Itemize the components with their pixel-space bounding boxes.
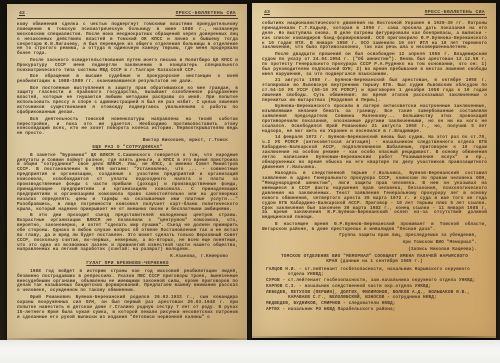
memorial-list: ГАЛЦОВ Н.И. - ст.лейтенант госбезопаснос…	[262, 268, 487, 313]
page-right-header: 43 ПРЕСС-БЮЛЛЕТЕНЬ СИА	[262, 11, 487, 18]
paragraph: 21 августа 1958 г. Буянов-Бережанский бы…	[262, 79, 487, 104]
page-left: 42 ПРЕСС-БЮЛЛЕТЕНЬ СИА кому обвинения сд…	[7, 4, 247, 340]
memorial-entry: КАРПОВ С.З. - начальник следственной час…	[266, 285, 487, 290]
paragraph: После заочного освидетельствования путем…	[17, 59, 238, 74]
signature-line: Группа защиты прав лиц, преследуемых за …	[262, 234, 487, 239]
page-right: 43 ПРЕСС-БЮЛЛЕТЕНЬ СИА событиях национал…	[252, 3, 496, 338]
page-number: 43	[264, 11, 270, 16]
paragraph: Буянова-Бережанского просили в лагере ан…	[262, 105, 487, 134]
memorial-entry: ГАЛЦОВ Н.И. - ст.лейтенант госбезопаснос…	[266, 268, 487, 278]
paragraph: В настоящее время Ю.Р.Буянов-Бережанский…	[262, 223, 487, 233]
signature-line: при Томском ВИО "Мемориал".	[262, 241, 487, 246]
paragraph: В заметке "Буровики" ЦК ВЛКСМ С.Сашинско…	[17, 154, 238, 213]
paragraph: Юрий Романович Буянов-Бережанский родилс…	[17, 296, 238, 321]
paragraph: В эти дни проходит съезд представителей …	[17, 214, 238, 253]
signature: К.Азанова, г.Кемерово	[17, 255, 238, 260]
page-right-content: 43 ПРЕСС-БЮЛЛЕТЕНЬ СИА событиях национал…	[252, 3, 496, 320]
paragraph: Находясь в следственной тюрьме г.Нальчик…	[262, 172, 487, 221]
memorial-heading-line2: КРАЯ (данные на 1 сентября 1989 г.)	[262, 260, 487, 265]
article-heading: ЕЩЕ РАЗ О "СОТРУДНИКАХ"	[17, 146, 238, 151]
bulletin-title: ПРЕСС-БЮЛЛЕТЕНЬ СИА	[425, 11, 485, 16]
paragraph: Вся деятельность томской номенклатуры на…	[17, 118, 238, 138]
memorial-entry: АРТЮХ - начальник РО НКВД Парабельского …	[266, 308, 487, 313]
page-number: 42	[19, 12, 25, 17]
paragraph: 1988 год войдет в историю страны как год…	[17, 270, 238, 295]
paragraph: кому обвинения сделка с честью подвергну…	[17, 23, 238, 57]
paragraph: После двадцати прошений он был освобожде…	[262, 53, 487, 78]
scanner-bed-strip	[0, 340, 500, 363]
memorial-entry: ЛЕБЕДЕВ, ПЕТУХОВ (ПЕРШИН), ДОЛГИХ, ФИЛИМ…	[266, 291, 487, 301]
signature: Виктор Николаев, юрист, г.Томск	[17, 139, 238, 144]
signature-line: (Запись Николая Кащеева).	[262, 248, 487, 253]
page-left-header: 42 ПРЕСС-БЮЛЛЕТЕНЬ СИА	[17, 12, 238, 19]
memorial-entry: СУРОВ - ст.лейтенант госбезопасности, за…	[266, 279, 487, 284]
page-left-content: 42 ПРЕСС-БЮЛЛЕТЕНЬ СИА кому обвинения сд…	[7, 4, 247, 328]
bulletin-title: ПРЕСС-БЮЛЛЕТЕНЬ СИА	[176, 12, 236, 17]
paragraph: событиях националистического движения на…	[262, 22, 487, 51]
paragraph: Все обращения в высшие судебные и прокур…	[17, 75, 238, 85]
paragraph: Все постоянные выступления в защиту прав…	[17, 87, 238, 116]
paragraph: 14 февраля 1972 г. Буянов-Бережанский вн…	[262, 136, 487, 170]
scan-background: { "bulletin": { "header_title": "ПРЕСС-Б…	[0, 0, 500, 363]
article-heading: ГУЛАГ ПРИ БРЕЖНЕВЕ-ЧЕРНЕНКО	[17, 262, 238, 267]
